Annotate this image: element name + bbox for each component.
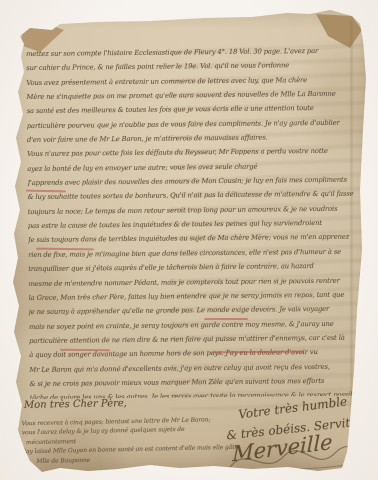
letter-paper: mettez sur son compte l'histoire Ecclesi… (0, 0, 378, 480)
signature-flourish (224, 432, 364, 480)
closing-salutation: Mon très Cher Père, (24, 398, 127, 411)
letter-body: mettez sur son compte l'histoire Ecclesi… (26, 44, 360, 399)
red-annotation-underline (204, 318, 248, 320)
photo-background: mettez sur son compte l'histoire Ecclesi… (0, 0, 378, 480)
signature: Merveille (232, 430, 333, 467)
postscript-block: Vous recevrez à cinq pages; bientost une… (22, 415, 243, 467)
